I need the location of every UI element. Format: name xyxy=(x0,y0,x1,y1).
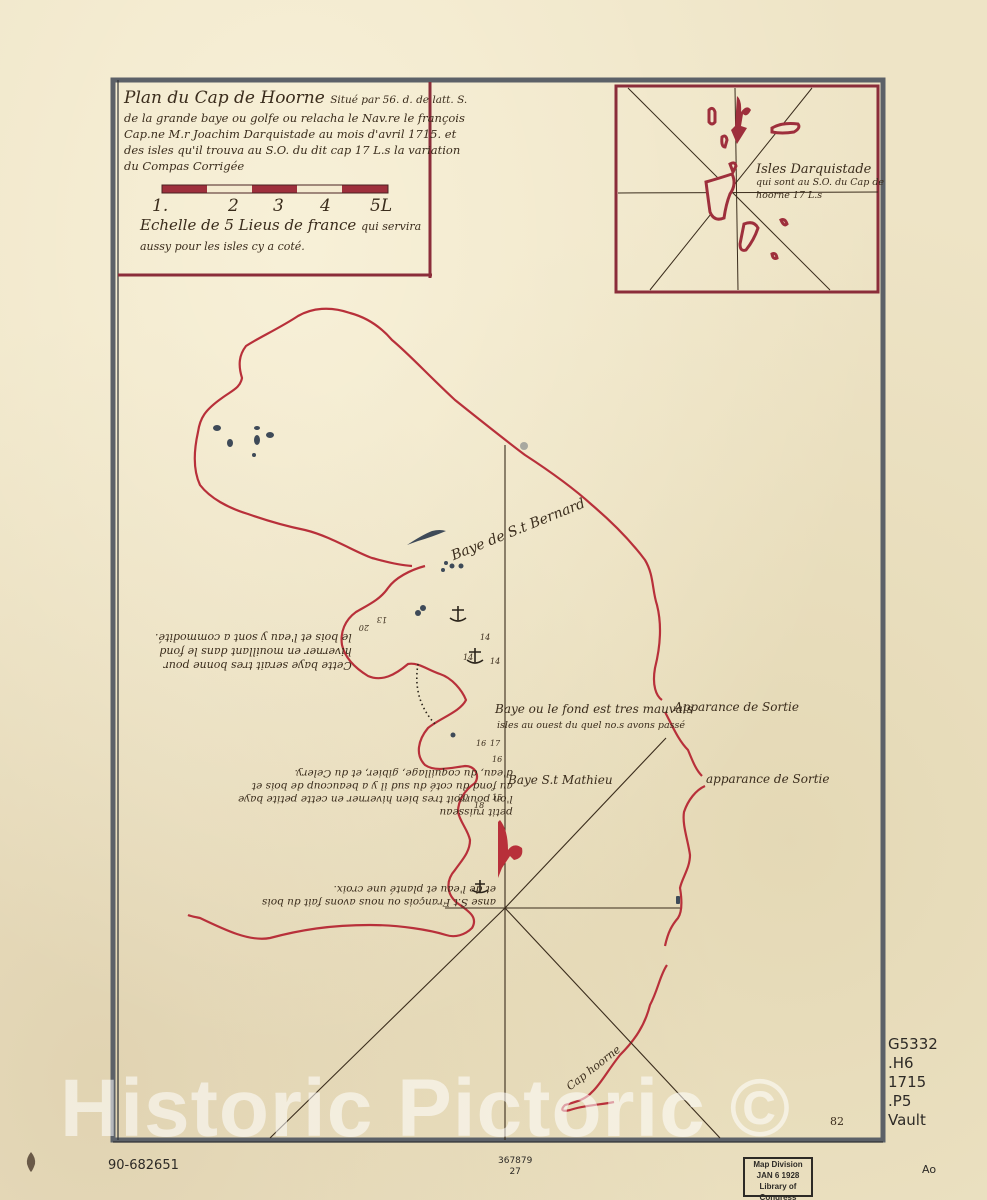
center-number: 367879 27 xyxy=(498,1156,532,1178)
note2-line4: d'eau, du coquillage, gibier, et du Cele… xyxy=(238,766,513,779)
title-line-5: du Compas Corrigée xyxy=(124,158,430,174)
stamp-line2: JAN 6 1928 xyxy=(745,1170,811,1181)
title-line-2: de la grande baye ou golfe ou relacha le… xyxy=(124,110,430,126)
svg-text:16: 16 xyxy=(476,739,486,748)
center-number-2: 27 xyxy=(498,1167,532,1178)
stamp-line3: Library of Congress xyxy=(745,1181,811,1200)
note2-line1: petit ruisseau xyxy=(238,805,513,818)
inset-fleur-de-lis-icon xyxy=(731,96,751,144)
inset-label-line2: qui sont au S.O. du Cap de xyxy=(756,176,884,189)
note-baye-hiverner: Cette baye serait tres bonne pour hivern… xyxy=(155,630,352,672)
label-baye-mauvais-2: isles au ouest du quel no.s avons passé xyxy=(497,720,685,731)
svg-text:13: 13 xyxy=(377,615,387,624)
call-number-class: G5332 xyxy=(888,1035,938,1054)
svg-text:14: 14 xyxy=(490,657,500,666)
scale-tick-4: 4 xyxy=(320,196,331,216)
inset-label: Isles Darquistade qui sont au S.O. du Ca… xyxy=(756,163,884,202)
page-number: 82 xyxy=(830,1115,844,1128)
scale-caption-line2: aussy pour les isles cy a coté. xyxy=(140,237,421,257)
accession-number: 90-682651 xyxy=(108,1156,179,1175)
fleur-de-lis-icon xyxy=(498,820,522,878)
scale-tick-5: 5L xyxy=(370,196,392,216)
note1-line2: hiverner en mouillant dans le fond xyxy=(155,644,352,658)
label-baye-st-mathieu: Baye S.t Mathieu xyxy=(508,773,613,787)
map-latitude: Situé par 56. d. de latt. S. xyxy=(330,94,467,106)
scale-ticks: 1. 2 3 4 5L xyxy=(150,196,410,216)
corner-mark: Ao xyxy=(922,1160,936,1179)
title-line-3: Cap.ne M.r Joachim Darquistade au mois d… xyxy=(124,126,430,142)
note3-line1: anse S.t François ou nous avons fait du … xyxy=(262,895,496,908)
note-anse-st-francois: anse S.t François ou nous avons fait du … xyxy=(262,882,496,908)
svg-text:16: 16 xyxy=(492,755,502,764)
note1-line3: le bois et l'eau y sont a commodité. xyxy=(155,630,352,644)
note3-line2: et de l'eau et planté une croix. xyxy=(262,882,496,895)
label-baye-mauvais-1: Baye ou le fond est tres mauvais xyxy=(495,702,693,716)
center-number-1: 367879 xyxy=(498,1156,532,1167)
dotted-route xyxy=(417,664,436,725)
label-apparance-sortie-2: apparance de Sortie xyxy=(706,772,829,786)
note-petite-baye: petit ruisseau l'on pourroit tres bien h… xyxy=(238,766,513,818)
call-number-author: .P5 xyxy=(888,1092,938,1111)
stamp-line1: Map Division xyxy=(745,1159,811,1170)
inset-label-line1: Isles Darquistade xyxy=(756,163,884,176)
inset-label-line3: hoorne 17 L.s xyxy=(756,189,884,202)
note2-line2: l'on pourroit tres bien hiverner en cett… xyxy=(238,792,513,805)
scale-tick-2: 2 xyxy=(228,196,239,216)
scale-bar xyxy=(162,185,388,193)
svg-text:17: 17 xyxy=(490,739,501,748)
watermark: Historic Pictoric © xyxy=(60,1062,791,1156)
library-stamp: Map Division JAN 6 1928 Library of Congr… xyxy=(743,1157,813,1197)
scale-tick-1: 1. xyxy=(152,196,168,216)
svg-text:14: 14 xyxy=(480,633,490,642)
svg-text:20: 20 xyxy=(359,623,370,632)
scale-caption-main: Echelle de 5 Lieus de france xyxy=(140,216,356,234)
pin-mark xyxy=(520,442,528,450)
label-apparance-sortie-1: Apparance de Sortie xyxy=(674,700,799,714)
note1-line1: Cette baye serait tres bonne pour xyxy=(155,658,352,672)
call-number-cutter: .H6 xyxy=(888,1054,938,1073)
scale-tick-3: 3 xyxy=(273,196,284,216)
note2-line3: au fond du coté du sud il y a beaucoup d… xyxy=(238,779,513,792)
scale-caption-small: qui servira xyxy=(361,220,421,233)
title-line-4: des isles qu'il trouva au S.O. du dit ca… xyxy=(124,142,430,158)
map-title: Plan du Cap de Hoorne xyxy=(124,88,325,108)
ink-blot-icon xyxy=(24,1150,38,1174)
svg-text:14: 14 xyxy=(463,653,473,662)
call-number-year: 1715 xyxy=(888,1073,938,1092)
scale-caption: Echelle de 5 Lieus de france qui servira… xyxy=(140,215,421,257)
call-number: G5332 .H6 1715 .P5 Vault xyxy=(888,1035,938,1130)
call-number-location: Vault xyxy=(888,1111,938,1130)
title-cartouche: Plan du Cap de Hoorne Situé par 56. d. d… xyxy=(124,88,430,174)
